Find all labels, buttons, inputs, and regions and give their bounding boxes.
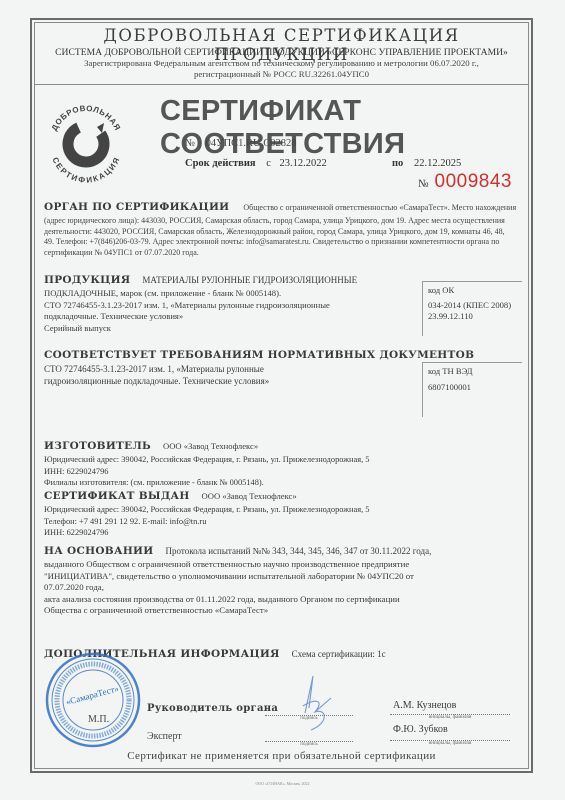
manufacturer-name: ООО «Завод Технофлекс» <box>163 441 258 451</box>
additional-text: Схема сертификации: 1с <box>292 649 386 659</box>
basis-title: НА ОСНОВАНИИ <box>44 545 154 557</box>
validity-to: по 22.12.2025 <box>392 158 461 169</box>
basis-line: акта анализа состояния производства от 0… <box>44 594 524 606</box>
validity-from: Срок действия с 23.12.2022 <box>185 158 327 169</box>
issued-to-title: СЕРТИФИКАТ ВЫДАН <box>44 490 190 502</box>
basis-text: Протокола испытаний №№ 343, 344, 345, 34… <box>166 546 432 556</box>
section-issued-to: СЕРТИФИКАТ ВЫДАН ООО «Завод Технофлекс» … <box>44 486 524 539</box>
footer-note: Сертификат не применяется при обязательн… <box>34 750 529 762</box>
okpd-code-box: код ОК 034-2014 (КПЕС 2008) 23.99.12.110 <box>422 281 522 336</box>
tnved-code-box: код ТН ВЭД 6807100001 <box>422 362 522 417</box>
basis-line: "ИНИЦИАТИВА", свидетельство о уполномочи… <box>44 571 524 583</box>
certification-body-line: сертификации № 04УПС1 от 07.07.2020 года… <box>44 248 522 259</box>
product-text: МАТЕРИАЛЫ РУЛОННЫЕ ГИДРОИЗОЛЯЦИОННЫЕ <box>142 275 357 285</box>
head-label: Руководитель органа <box>147 703 278 714</box>
product-line: СТО 72746455-3.1.23-2017 изм. 1, «Матери… <box>44 300 374 312</box>
signature-icon <box>285 668 345 738</box>
tnved-code-label: код ТН ВЭД <box>428 366 522 378</box>
blank-number: №0009843 <box>418 171 512 193</box>
manufacturer-line: Юридический адрес: 390042, Российская Фе… <box>44 454 524 466</box>
certification-body-line: деятельности: 443020, РОССИЯ, Самарская … <box>44 227 522 238</box>
section-manufacturer: ИЗГОТОВИТЕЛЬ ООО «Завод Технофлекс» Юрид… <box>44 436 524 489</box>
valid-from-date: 23.12.2022 <box>280 158 327 169</box>
to-label: по <box>392 158 403 169</box>
issued-to-name: ООО «Завод Технофлекс» <box>202 491 297 501</box>
certification-body-title: ОРГАН ПО СЕРТИФИКАЦИИ <box>44 201 229 213</box>
certificate-number: № 04УПС1.RU.С02828 <box>185 138 297 149</box>
expert-name-caption: инициалы, фамилия <box>390 741 510 746</box>
okpd-code-value: 23.99.12.110 <box>428 311 522 323</box>
number-label: № <box>185 138 195 149</box>
voluntary-certification-logo-icon: ДОБРОВОЛЬНАЯ СЕРТИФИКАЦИЯ <box>42 97 130 185</box>
issued-to-line: Юридический адрес: 390042, Российская Фе… <box>44 504 524 516</box>
issued-to-line: ИНН: 6229024796 <box>44 527 524 539</box>
header-system: СИСТЕМА ДОБРОВОЛЬНОЙ СЕРТИФИКАЦИИ ПРОДУК… <box>34 47 529 58</box>
certification-body-line: 49. Телефон: +7(846)206-03-79. Адрес эле… <box>44 237 522 248</box>
tnved-code-value: 6807100001 <box>428 382 522 394</box>
section-certification-body: ОРГАН ПО СЕРТИФИКАЦИИ Общество с огранич… <box>44 197 522 258</box>
blank-number-value: 0009843 <box>435 171 512 192</box>
manufacturer-line: ИНН: 6229024796 <box>44 466 524 478</box>
manufacturer-title: ИЗГОТОВИТЕЛЬ <box>44 440 151 452</box>
certification-body-line: (адрес юридического лица): 443030, РОССИ… <box>44 216 522 227</box>
print-mark: ООО «ГОЗНАК», Москва, 2022 <box>0 781 565 786</box>
okpd-code-label: код ОК <box>428 285 522 297</box>
head-name-caption: инициалы, фамилия <box>390 715 510 720</box>
certificate-title: СЕРТИФИКАТ СООТВЕТСТВИЯ <box>160 95 565 161</box>
validity-label: Срок действия <box>185 158 256 169</box>
samaratest-stamp-icon: «СамараТест» <box>43 650 143 750</box>
expert-name: Ф.Ю. Зубков <box>393 724 448 736</box>
section-basis: НА ОСНОВАНИИ Протокола испытаний №№ 343,… <box>44 541 524 617</box>
product-line: Серийный выпуск <box>44 323 374 335</box>
expert-signature-caption: подпись <box>265 742 353 747</box>
header-divider <box>34 84 529 85</box>
svg-text:«СамараТест»: «СамараТест» <box>65 683 120 707</box>
header-registered-2: регистрационный № РОСС RU.З2261.04УПС0 <box>34 69 529 80</box>
product-line: ПОДКЛАДОЧНЫЕ, марок (см. приложение - бл… <box>44 288 374 300</box>
expert-label: Эксперт <box>147 731 182 743</box>
basis-line: 07.07.2020 года, <box>44 582 524 594</box>
product-line: подкладочные. Технические условия» <box>44 311 374 323</box>
certification-body-text: Общество с ограниченной ответственностью… <box>243 203 516 212</box>
number-value: 04УПС1.RU.С02828 <box>206 138 297 149</box>
issued-to-line: Телефон: +7 491 291 12 92. E-mail: info@… <box>44 516 524 528</box>
svg-text:ДОБРОВОЛЬНАЯ: ДОБРОВОЛЬНАЯ <box>50 104 122 132</box>
header-registered-1: Зарегистрирована Федеральным агентством … <box>34 58 529 69</box>
head-name: А.М. Кузнецов <box>393 700 456 712</box>
blank-label: № <box>418 178 429 190</box>
valid-to-date: 22.12.2025 <box>414 158 461 169</box>
basis-line: выданного Обществом с ограниченной ответ… <box>44 559 524 571</box>
basis-line: Общества с ограниченной ответственностью… <box>44 605 524 617</box>
mp-label: М.П. <box>88 714 109 726</box>
conformity-title: СООТВЕТСТВУЕТ ТРЕБОВАНИЯМ НОРМАТИВНЫХ ДО… <box>44 349 524 361</box>
section-product: ПРОДУКЦИЯ МАТЕРИАЛЫ РУЛОННЫЕ ГИДРОИЗОЛЯЦ… <box>44 270 374 334</box>
from-label: с <box>266 158 271 169</box>
okpd-code-value: 034-2014 (КПЕС 2008) <box>428 300 522 312</box>
product-title: ПРОДУКЦИЯ <box>44 274 130 286</box>
